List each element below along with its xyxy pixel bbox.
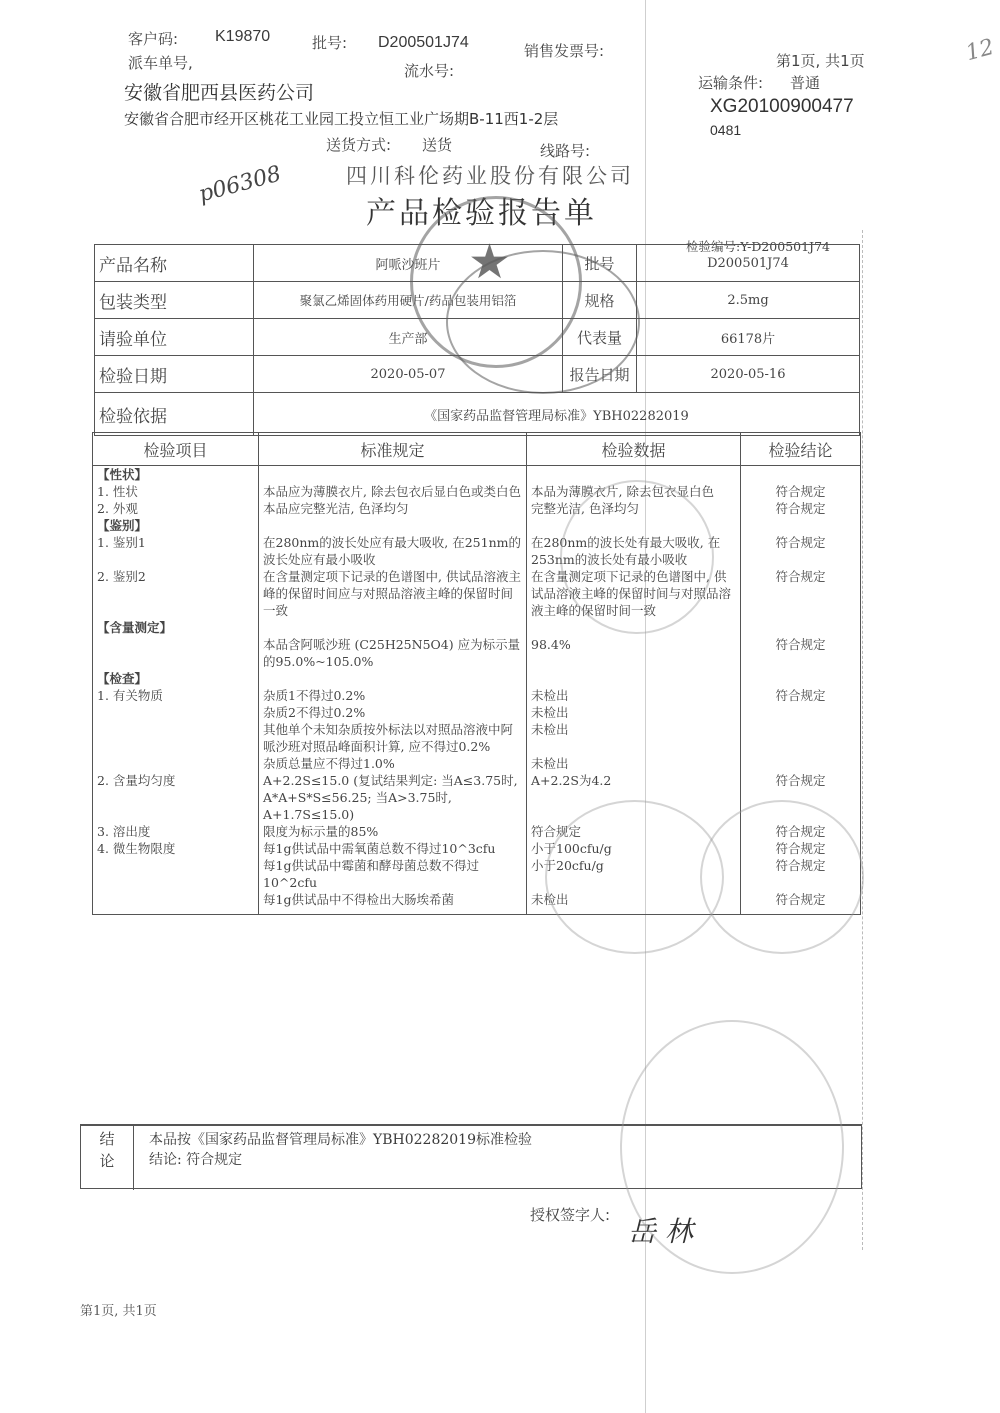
product-name: 阿哌沙班片	[254, 245, 563, 282]
serial-label: 流水号:	[404, 60, 454, 81]
test-data: 在含量测定项下记录的色谱图中, 供试品溶液主峰的保留时间与对照品溶液主峰的保留时…	[527, 568, 741, 619]
delivery-value: 送货	[422, 134, 452, 155]
batch-number: D200501J74	[378, 34, 469, 52]
table-row: 4. 微生物限度 每1g供试品中需氧菌总数不得过10^3cfu 小于100cfu…	[93, 840, 861, 857]
batch-label-cell: 批号	[563, 245, 637, 282]
signature-label: 授权签字人:	[530, 1204, 610, 1225]
test-conclusion: 符合规定	[741, 534, 861, 568]
test-item: 2. 含量均匀度	[93, 772, 259, 823]
table-row: 其他单个未知杂质按外标法以对照品溶液中阿哌沙班对照品峰面积计算, 应不得过0.2…	[93, 721, 861, 755]
test-item: 3. 溶出度	[93, 823, 259, 840]
signature: 岳 林	[628, 1210, 693, 1250]
test-item	[93, 755, 259, 772]
section-title: 【性状】	[93, 466, 259, 484]
section-row: 【鉴别】	[93, 517, 861, 534]
test-item	[93, 891, 259, 908]
test-conclusion	[741, 721, 861, 755]
conclusion-box: 结 论 本品按《国家药品监督管理局标准》YBH02282019标准检验 结论: …	[80, 1124, 862, 1189]
section-row: 【性状】	[93, 466, 861, 484]
test-standard: 每1g供试品中需氧菌总数不得过10^3cfu	[259, 840, 527, 857]
unit-label: 请验单位	[95, 319, 254, 356]
header-conclusion: 检验结论	[741, 433, 861, 466]
order-sub-number: 0481	[710, 122, 741, 138]
route-label: 线路号:	[540, 140, 590, 161]
test-standard: A+2.2S≤15.0 (复试结果判定: 当A≤3.75时, A*A+S*S≤5…	[259, 772, 527, 823]
report-date-label: 报告日期	[563, 356, 637, 393]
conclusion-line-2: 结论: 符合规定	[149, 1150, 532, 1170]
conclusion-line-1: 本品按《国家药品监督管理局标准》YBH02282019标准检验	[149, 1130, 532, 1150]
test-conclusion: 符合规定	[741, 891, 861, 908]
company-name: 四川科伦药业股份有限公司	[346, 160, 634, 190]
test-data: 98.4%	[527, 636, 741, 670]
test-data: 小于100cfu/g	[527, 840, 741, 857]
test-standard: 杂质1不得过0.2%	[259, 687, 527, 704]
test-data: 未检出	[527, 721, 741, 755]
customer-name: 安徽省肥西县医药公司	[124, 78, 314, 105]
table-row: 每1g供试品中霉菌和酵母菌总数不得过10^2cfu 小于20cfu/g 符合规定	[93, 857, 861, 891]
test-conclusion	[741, 704, 861, 721]
conclusion-label: 结 论	[81, 1126, 134, 1190]
test-item	[93, 721, 259, 755]
test-data: 小于20cfu/g	[527, 857, 741, 891]
delivery-label: 送货方式:	[326, 134, 391, 155]
test-standard: 每1g供试品中不得检出大肠埃希菌	[259, 891, 527, 908]
quantity-label: 代表量	[563, 319, 637, 356]
dispatch-label: 派车单号,	[128, 52, 193, 73]
test-date-value: 2020-05-07	[254, 356, 563, 393]
test-standard: 在280nm的波长处应有最大吸收, 在251nm的波长处应有最小吸收	[259, 534, 527, 568]
test-data: 未检出	[527, 704, 741, 721]
test-standard: 每1g供试品中霉菌和酵母菌总数不得过10^2cfu	[259, 857, 527, 891]
spec-value: 2.5mg	[637, 282, 860, 319]
test-conclusion: 符合规定	[741, 772, 861, 823]
test-conclusion: 符合规定	[741, 687, 861, 704]
order-number: XG20100900477	[710, 96, 854, 118]
page-fold-line-right	[862, 230, 863, 1250]
table-row: 每1g供试品中不得检出大肠埃希菌 未检出 符合规定	[93, 891, 861, 908]
test-conclusion	[741, 755, 861, 772]
transport-value: 普通	[790, 72, 820, 93]
test-data: 完整光洁, 色泽均匀	[527, 500, 741, 517]
test-conclusion: 符合规定	[741, 857, 861, 891]
quantity-value: 66178片	[637, 319, 860, 356]
test-standard: 本品应为薄膜衣片, 除去包衣后显白色或类白色	[259, 483, 527, 500]
test-conclusion: 符合规定	[741, 636, 861, 670]
table-row: 1. 性状 本品应为薄膜衣片, 除去包衣后显白色或类白色 本品为薄膜衣片, 除去…	[93, 483, 861, 500]
test-data: 在280nm的波长处有最大吸收, 在253nm的波长处有最小吸收	[527, 534, 741, 568]
test-standard: 在含量测定项下记录的色谱图中, 供试品溶液主峰的保留时间应与对照品溶液主峰的保留…	[259, 568, 527, 619]
section-row: 【检查】	[93, 670, 861, 687]
test-standard: 其他单个未知杂质按外标法以对照品溶液中阿哌沙班对照品峰面积计算, 应不得过0.2…	[259, 721, 527, 755]
section-title: 【含量测定】	[93, 619, 259, 636]
test-data: 未检出	[527, 891, 741, 908]
section-title: 【检查】	[93, 670, 259, 687]
table-row: 2. 鉴别2 在含量测定项下记录的色谱图中, 供试品溶液主峰的保留时间应与对照品…	[93, 568, 861, 619]
test-item	[93, 636, 259, 670]
batch-label: 批号:	[312, 32, 347, 53]
test-item	[93, 857, 259, 891]
table-row: 3. 溶出度 限度为标示量的85% 符合规定 符合规定	[93, 823, 861, 840]
header-item: 检验项目	[93, 433, 259, 466]
table-row: 2. 外观 本品应完整光洁, 色泽均匀 完整光洁, 色泽均匀 符合规定	[93, 500, 861, 517]
basis-value: 《国家药品监督管理局标准》YBH02282019	[254, 393, 860, 436]
table-row: 杂质总量应不得过1.0% 未检出	[93, 755, 861, 772]
table-row: 杂质2不得过0.2% 未检出	[93, 704, 861, 721]
test-date-label: 检验日期	[95, 356, 254, 393]
test-conclusion: 符合规定	[741, 500, 861, 517]
package-value: 聚氯乙烯固体药用硬片/药品包装用铝箔	[254, 282, 563, 319]
results-table: 检验项目 标准规定 检验数据 检验结论 【性状】 1. 性状 本品应为薄膜衣片,…	[92, 432, 861, 915]
test-standard: 限度为标示量的85%	[259, 823, 527, 840]
page-info-top: 第1页, 共1页	[776, 50, 865, 71]
test-item: 1. 性状	[93, 483, 259, 500]
test-standard: 本品应完整光洁, 色泽均匀	[259, 500, 527, 517]
test-conclusion: 符合规定	[741, 823, 861, 840]
test-item: 2. 鉴别2	[93, 568, 259, 619]
test-item: 4. 微生物限度	[93, 840, 259, 857]
transport-label: 运输条件:	[698, 72, 763, 93]
customer-code-label: 客户码:	[128, 28, 178, 49]
header-standard: 标准规定	[259, 433, 527, 466]
test-conclusion: 符合规定	[741, 568, 861, 619]
customer-address: 安徽省合肥市经开区桃花工业园工投立恒工业广场期B-11西1-2层	[124, 108, 558, 129]
table-row: 2. 含量均匀度 A+2.2S≤15.0 (复试结果判定: 当A≤3.75时, …	[93, 772, 861, 823]
test-standard: 杂质2不得过0.2%	[259, 704, 527, 721]
batch-value-cell: D200501J74	[637, 245, 860, 282]
page-info-footer: 第1页, 共1页	[80, 1300, 157, 1319]
document-title: 产品检验报告单	[366, 188, 597, 232]
test-data: A+2.2S为4.2	[527, 772, 741, 823]
spec-label: 规格	[563, 282, 637, 319]
test-item: 2. 外观	[93, 500, 259, 517]
basis-label: 检验依据	[95, 393, 254, 436]
test-item	[93, 704, 259, 721]
table-row: 本品含阿哌沙班 (C25H25N5O4) 应为标示量的95.0%~105.0% …	[93, 636, 861, 670]
handwritten-page-mark: 12	[963, 35, 997, 66]
test-data: 未检出	[527, 755, 741, 772]
section-row: 【含量测定】	[93, 619, 861, 636]
section-title: 【鉴别】	[93, 517, 259, 534]
test-data: 未检出	[527, 687, 741, 704]
table-row: 1. 有关物质 杂质1不得过0.2% 未检出 符合规定	[93, 687, 861, 704]
package-label: 包装类型	[95, 282, 254, 319]
header-data: 检验数据	[527, 433, 741, 466]
table-row: 1. 鉴别1 在280nm的波长处应有最大吸收, 在251nm的波长处应有最小吸…	[93, 534, 861, 568]
handwritten-code: p06308	[196, 162, 284, 208]
star-icon: ★	[468, 234, 511, 290]
test-item: 1. 有关物质	[93, 687, 259, 704]
conclusion-label-2: 论	[81, 1150, 133, 1172]
test-data: 符合规定	[527, 823, 741, 840]
invoice-label: 销售发票号:	[524, 40, 604, 61]
test-conclusion: 符合规定	[741, 483, 861, 500]
product-name-label: 产品名称	[95, 245, 254, 282]
customer-code: K19870	[215, 28, 270, 46]
test-standard: 杂质总量应不得过1.0%	[259, 755, 527, 772]
unit-value: 生产部	[254, 319, 563, 356]
conclusion-label-1: 结	[81, 1128, 133, 1150]
test-item: 1. 鉴别1	[93, 534, 259, 568]
report-date-value: 2020-05-16	[637, 356, 860, 393]
test-data: 本品为薄膜衣片, 除去包衣显白色	[527, 483, 741, 500]
test-standard: 本品含阿哌沙班 (C25H25N5O4) 应为标示量的95.0%~105.0%	[259, 636, 527, 670]
test-conclusion: 符合规定	[741, 840, 861, 857]
